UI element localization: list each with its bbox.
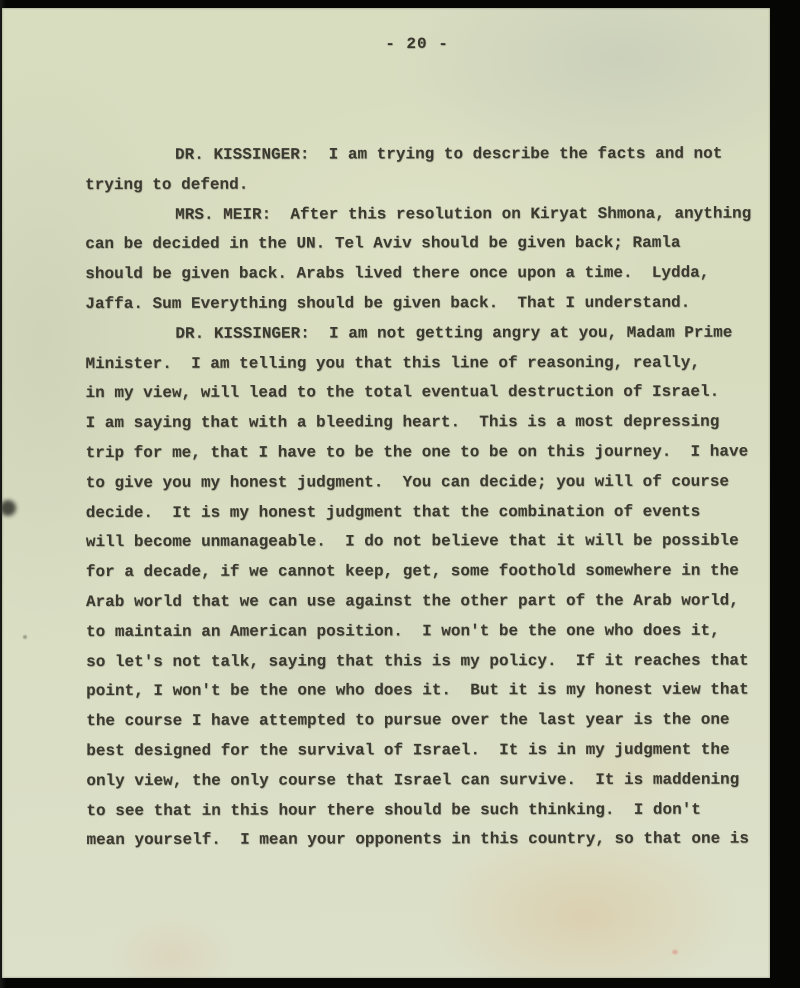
text-line: for a decade, if we cannot keep, get, so… — [86, 557, 766, 588]
text-line: MRS. MEIR: After this resolution on Kiry… — [85, 199, 765, 230]
paper-edge-smudge — [0, 500, 16, 516]
page-number: - 20 - — [2, 35, 770, 53]
text-line: mean yourself. I mean your opponents in … — [86, 825, 766, 856]
text-line: decide. It is my honest judgment that th… — [86, 497, 766, 528]
text-line: will become unmanageable. I do not belie… — [86, 527, 766, 558]
text-line: can be decided in the UN. Tel Aviv shoul… — [85, 229, 765, 260]
text-line: to give you my honest judgment. You can … — [86, 467, 766, 498]
text-line: to maintain an American position. I won'… — [86, 616, 766, 647]
document-page: - 20 - DR. KISSINGER: I am trying to des… — [2, 8, 770, 978]
text-line: so let's not talk, saying that this is m… — [86, 646, 766, 677]
text-line: the course I have attempted to pursue ov… — [86, 706, 766, 737]
text-line: Minister. I am telling you that this lin… — [85, 348, 765, 379]
paragraph: DR. KISSINGER: I am trying to describe t… — [85, 140, 765, 201]
text-line: trip for me, that I have to be the one t… — [86, 438, 766, 469]
text-line: Jaffa. Sum Everything should be given ba… — [85, 289, 765, 320]
text-line: in my view, will lead to the total event… — [85, 378, 765, 409]
paragraph: DR. KISSINGER: I am not getting angry at… — [85, 318, 766, 856]
scanned-document: - 20 - DR. KISSINGER: I am trying to des… — [0, 0, 800, 988]
document-body: DR. KISSINGER: I am trying to describe t… — [85, 140, 766, 857]
text-line: Arab world that we can use against the o… — [86, 587, 766, 618]
text-line: only view, the only course that Israel c… — [86, 765, 766, 796]
text-line: best designed for the survival of Israel… — [86, 736, 766, 767]
text-line: to see that in this hour there should be… — [86, 795, 766, 826]
text-line: point, I won't be the one who does it. B… — [86, 676, 766, 707]
text-line: DR. KISSINGER: I am trying to describe t… — [85, 140, 765, 171]
text-line: DR. KISSINGER: I am not getting angry at… — [85, 318, 765, 349]
text-line: I am saying that with a bleeding heart. … — [86, 408, 766, 439]
text-line: should be given back. Arabs lived there … — [85, 259, 765, 290]
text-line: trying to defend. — [85, 169, 765, 200]
paragraph: MRS. MEIR: After this resolution on Kiry… — [85, 199, 765, 320]
